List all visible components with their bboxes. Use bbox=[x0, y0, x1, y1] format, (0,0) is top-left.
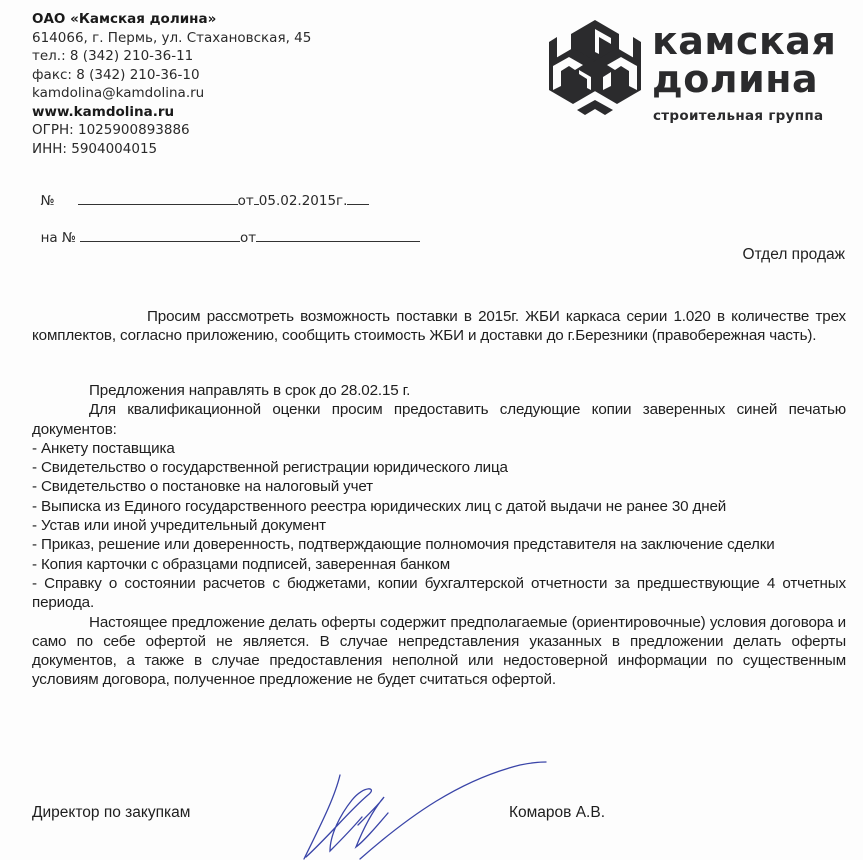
outgoing-number-line: №от05.02.2015г. bbox=[32, 174, 369, 209]
number-blank bbox=[78, 190, 238, 205]
signatory-name: Комаров А.В. bbox=[509, 804, 605, 822]
docs-list-item: - Копия карточки с образцами подписей, з… bbox=[32, 555, 846, 574]
company-inn: ИНН: 5904004015 bbox=[32, 140, 311, 159]
company-email: kamdolina@kamdolina.ru bbox=[32, 84, 311, 103]
hexagon-cubes-logo-icon bbox=[543, 14, 647, 118]
brand-tagline: строительная группа bbox=[653, 108, 823, 124]
docs-list-item: - Свидетельство о государственной регист… bbox=[32, 458, 846, 477]
signatory-title: Директор по закупкам bbox=[32, 804, 190, 822]
company-phone: тел.: 8 (342) 210-36-11 bbox=[32, 47, 311, 66]
reply-date-label: от bbox=[240, 230, 256, 246]
docs-list-item: - Устав или иной учредительный документ bbox=[32, 516, 846, 535]
reply-number-line: на №от bbox=[32, 211, 420, 246]
docs-intro: Для квалификационной оценки просим предо… bbox=[32, 400, 846, 439]
reply-number-label: на № bbox=[41, 230, 76, 246]
number-label: № bbox=[41, 193, 55, 209]
docs-list-item: - Справку о состоянии расчетов с бюджета… bbox=[32, 574, 846, 613]
recipient-department: Отдел продаж bbox=[743, 246, 845, 264]
deadline-text: Предложения направлять в срок до 28.02.1… bbox=[32, 381, 846, 400]
date-label: от bbox=[238, 193, 254, 209]
reply-number-blank bbox=[80, 227, 240, 242]
company-address: 614066, г. Пермь, ул. Стахановская, 45 bbox=[32, 29, 311, 48]
reply-date-blank bbox=[256, 227, 420, 242]
company-website: www.kamdolina.ru bbox=[32, 103, 311, 122]
brand-name-line2: долина bbox=[652, 60, 818, 98]
company-name: ОАО «Камская долина» bbox=[32, 10, 311, 29]
request-paragraph: Просим рассмотреть возможность поставки … bbox=[32, 307, 846, 346]
letterhead: ОАО «Камская долина» 614066, г. Пермь, у… bbox=[32, 10, 311, 158]
docs-list-item: - Приказ, решение или доверенность, подт… bbox=[32, 535, 846, 554]
disclaimer-paragraph: Настоящее предложение делать оферты соде… bbox=[32, 613, 846, 690]
company-ogrn: ОГРН: 1025900893886 bbox=[32, 121, 311, 140]
requirements-block: Предложения направлять в срок до 28.02.1… bbox=[32, 381, 846, 690]
docs-list-item: - Анкету поставщика bbox=[32, 439, 846, 458]
company-fax: факс: 8 (342) 210-36-10 bbox=[32, 66, 311, 85]
docs-list-item: - Выписка из Единого государственного ре… bbox=[32, 497, 846, 516]
docs-list-item: - Свидетельство о постановке на налоговы… bbox=[32, 477, 846, 496]
date-value: 05.02.2015г. bbox=[259, 193, 348, 209]
brand-name-line1: камская bbox=[652, 22, 836, 60]
